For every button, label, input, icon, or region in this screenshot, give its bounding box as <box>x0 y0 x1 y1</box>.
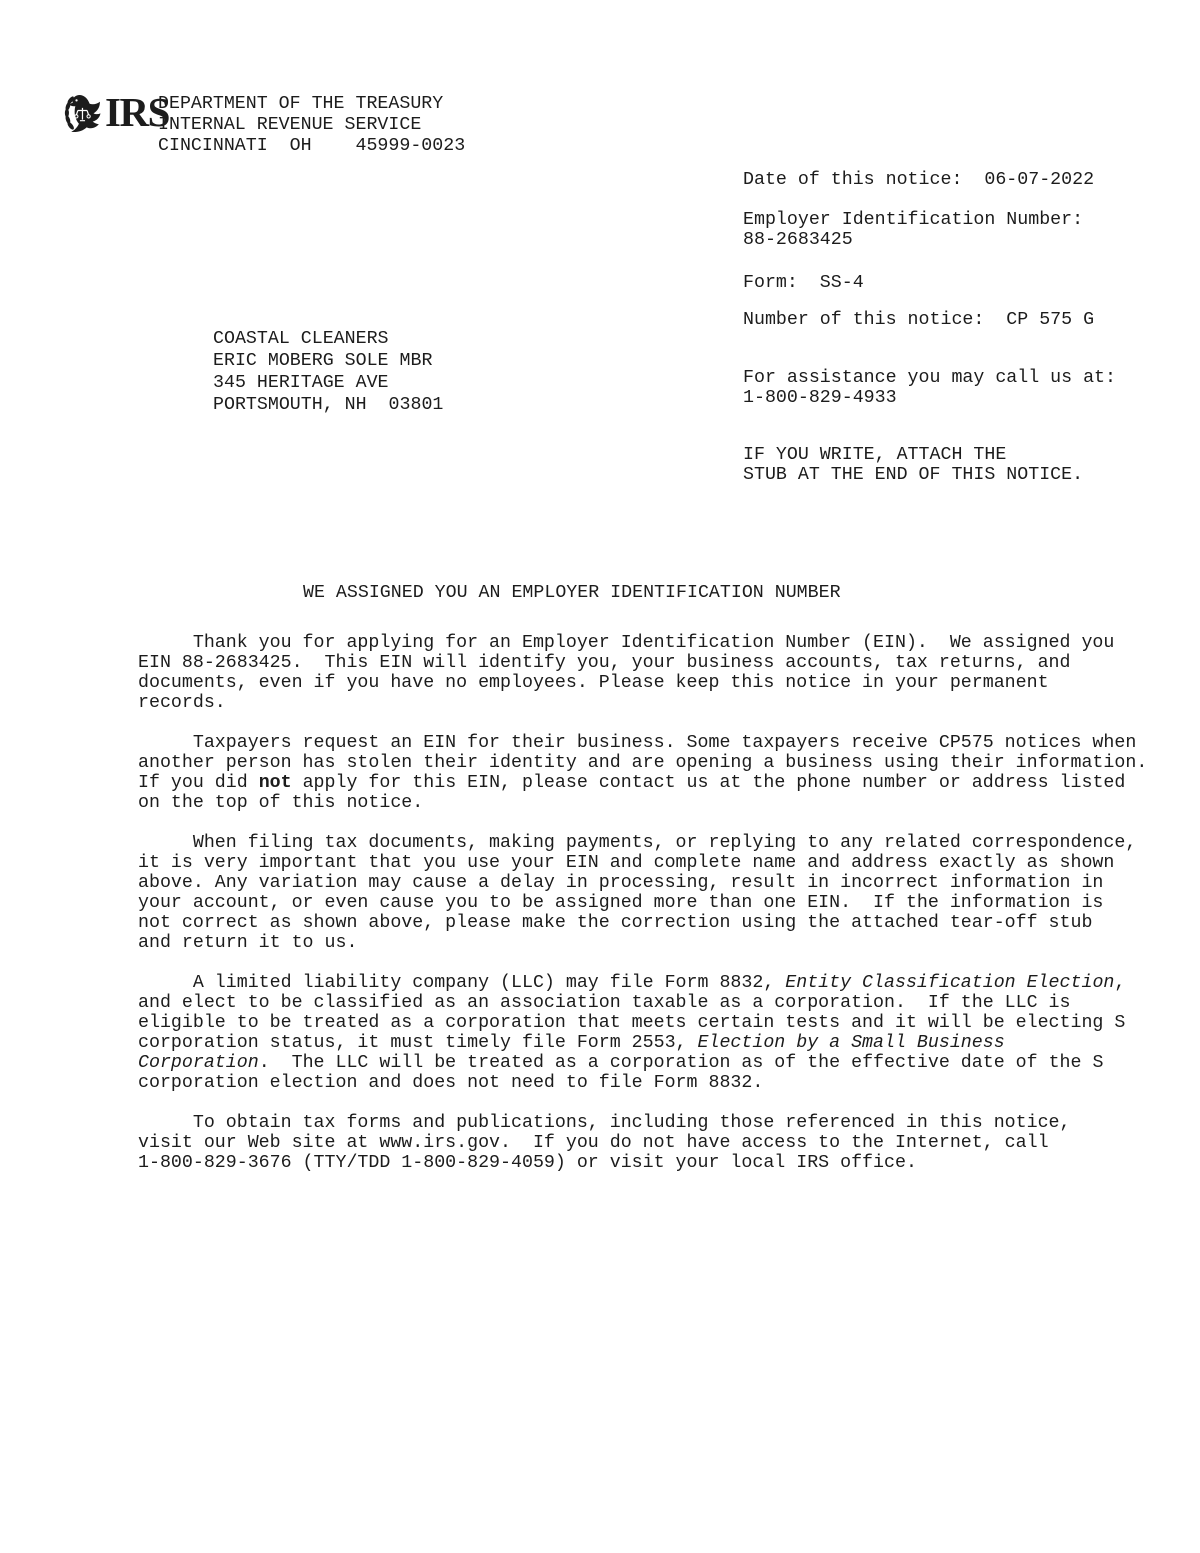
irs-eagle-logo-icon <box>63 91 104 134</box>
letter-line: it is very important that you use your E… <box>138 853 1147 873</box>
recipient-street: 345 HERITAGE AVE <box>213 372 443 394</box>
letter-line: and return it to us. <box>138 933 1147 953</box>
agency-line-3: CINCINNATI OH 45999-0023 <box>158 136 465 157</box>
text-segment: documents, even if you have no employees… <box>138 673 1049 693</box>
letter-line: on the top of this notice. <box>138 793 1147 813</box>
agency-address-block: DEPARTMENT OF THE TREASURY INTERNAL REVE… <box>158 94 465 157</box>
recipient-name: COASTAL CLEANERS <box>213 328 443 350</box>
text-segment: eligible to be treated as a corporation … <box>138 1013 1125 1033</box>
letter-line: eligible to be treated as a corporation … <box>138 1013 1147 1033</box>
letter-line: Corporation. The LLC will be treated as … <box>138 1053 1147 1073</box>
ein-value: 88-2683425 <box>743 230 1116 250</box>
text-segment: and return it to us. <box>138 933 357 953</box>
notice-number-line: Number of this notice: CP 575 G <box>743 310 1116 330</box>
agency-line-2: INTERNAL REVENUE SERVICE <box>158 115 465 136</box>
irs-logo: IRS <box>63 91 169 134</box>
paragraph: When filing tax documents, making paymen… <box>138 833 1147 953</box>
ein-label: Employer Identification Number: <box>743 210 1116 230</box>
letter-line: When filing tax documents, making paymen… <box>138 833 1147 853</box>
text-segment: records. <box>138 693 226 713</box>
letter-line: A limited liability company (LLC) may fi… <box>138 973 1147 993</box>
recipient-city-state: PORTSMOUTH, NH 03801 <box>213 394 443 416</box>
assistance-label: For assistance you may call us at: <box>743 368 1116 388</box>
letter-line: Thank you for applying for an Employer I… <box>138 633 1147 653</box>
paragraph: To obtain tax forms and publications, in… <box>138 1113 1147 1173</box>
letter-line: and elect to be classified as an associa… <box>138 993 1147 1013</box>
assistance-phone: 1-800-829-4933 <box>743 388 1116 408</box>
letter-line: not correct as shown above, please make … <box>138 913 1147 933</box>
text-segment: 1-800-829-3676 (TTY/TDD 1-800-829-4059) … <box>138 1153 917 1173</box>
text-segment: corporation status, it must timely file … <box>138 1033 698 1053</box>
text-segment: on the top of this notice. <box>138 793 423 813</box>
text-segment: not correct as shown above, please make … <box>138 913 1092 933</box>
text-segment: If you did <box>138 773 259 793</box>
letter-line: To obtain tax forms and publications, in… <box>138 1113 1147 1133</box>
letter-line: corporation election and does not need t… <box>138 1073 1147 1093</box>
text-segment: Thank you for applying for an Employer I… <box>138 633 1114 653</box>
text-segment: your account, or even cause you to be as… <box>138 893 1103 913</box>
letter-paragraphs: Thank you for applying for an Employer I… <box>138 633 1147 1173</box>
text-segment: , <box>1114 973 1125 993</box>
notice-info-column: Date of this notice: 06-07-2022 Employer… <box>743 170 1116 485</box>
letter-line: visit our Web site at www.irs.gov. If yo… <box>138 1133 1147 1153</box>
letter-body: WE ASSIGNED YOU AN EMPLOYER IDENTIFICATI… <box>138 583 1147 1193</box>
text-segment: corporation election and does not need t… <box>138 1073 763 1093</box>
text-segment: A limited liability company (LLC) may fi… <box>138 973 785 993</box>
letter-line: records. <box>138 693 1147 713</box>
notice-date-line: Date of this notice: 06-07-2022 <box>743 170 1116 190</box>
letter-line: documents, even if you have no employees… <box>138 673 1147 693</box>
letter-line: above. Any variation may cause a delay i… <box>138 873 1147 893</box>
text-segment: it is very important that you use your E… <box>138 853 1114 873</box>
write-note-line-2: STUB AT THE END OF THIS NOTICE. <box>743 465 1116 485</box>
form-line: Form: SS-4 <box>743 273 1116 293</box>
text-segment: Election by a Small Business <box>698 1033 1005 1053</box>
letter-line: another person has stolen their identity… <box>138 753 1147 773</box>
text-segment: above. Any variation may cause a delay i… <box>138 873 1103 893</box>
letter-title: WE ASSIGNED YOU AN EMPLOYER IDENTIFICATI… <box>138 583 1147 603</box>
text-segment: Entity Classification Election <box>785 973 1114 993</box>
write-note-line-1: IF YOU WRITE, ATTACH THE <box>743 445 1116 465</box>
text-segment: . The LLC will be treated as a corporati… <box>259 1053 1104 1073</box>
agency-line-1: DEPARTMENT OF THE TREASURY <box>158 94 465 115</box>
text-segment: another person has stolen their identity… <box>138 753 1147 773</box>
text-segment: not <box>259 773 292 793</box>
letter-line: Taxpayers request an EIN for their busin… <box>138 733 1147 753</box>
text-segment: apply for this EIN, please contact us at… <box>292 773 1126 793</box>
paragraph: Taxpayers request an EIN for their busin… <box>138 733 1147 813</box>
recipient-address-block: COASTAL CLEANERS ERIC MOBERG SOLE MBR 34… <box>213 328 443 416</box>
letter-line: corporation status, it must timely file … <box>138 1033 1147 1053</box>
letter-line: your account, or even cause you to be as… <box>138 893 1147 913</box>
text-segment: and elect to be classified as an associa… <box>138 993 1071 1013</box>
text-segment: Corporation <box>138 1053 259 1073</box>
text-segment: EIN 88-2683425. This EIN will identify y… <box>138 653 1071 673</box>
letter-line: 1-800-829-3676 (TTY/TDD 1-800-829-4059) … <box>138 1153 1147 1173</box>
text-segment: Taxpayers request an EIN for their busin… <box>138 733 1136 753</box>
text-segment: When filing tax documents, making paymen… <box>138 833 1136 853</box>
letter-line: EIN 88-2683425. This EIN will identify y… <box>138 653 1147 673</box>
letter-line: If you did not apply for this EIN, pleas… <box>138 773 1147 793</box>
text-segment: To obtain tax forms and publications, in… <box>138 1113 1071 1133</box>
text-segment: visit our Web site at www.irs.gov. If yo… <box>138 1133 1049 1153</box>
recipient-contact: ERIC MOBERG SOLE MBR <box>213 350 443 372</box>
paragraph: A limited liability company (LLC) may fi… <box>138 973 1147 1093</box>
paragraph: Thank you for applying for an Employer I… <box>138 633 1147 713</box>
irs-cp575-notice-page: IRS DEPARTMENT OF THE TREASURY INTERNAL … <box>0 0 1200 1553</box>
